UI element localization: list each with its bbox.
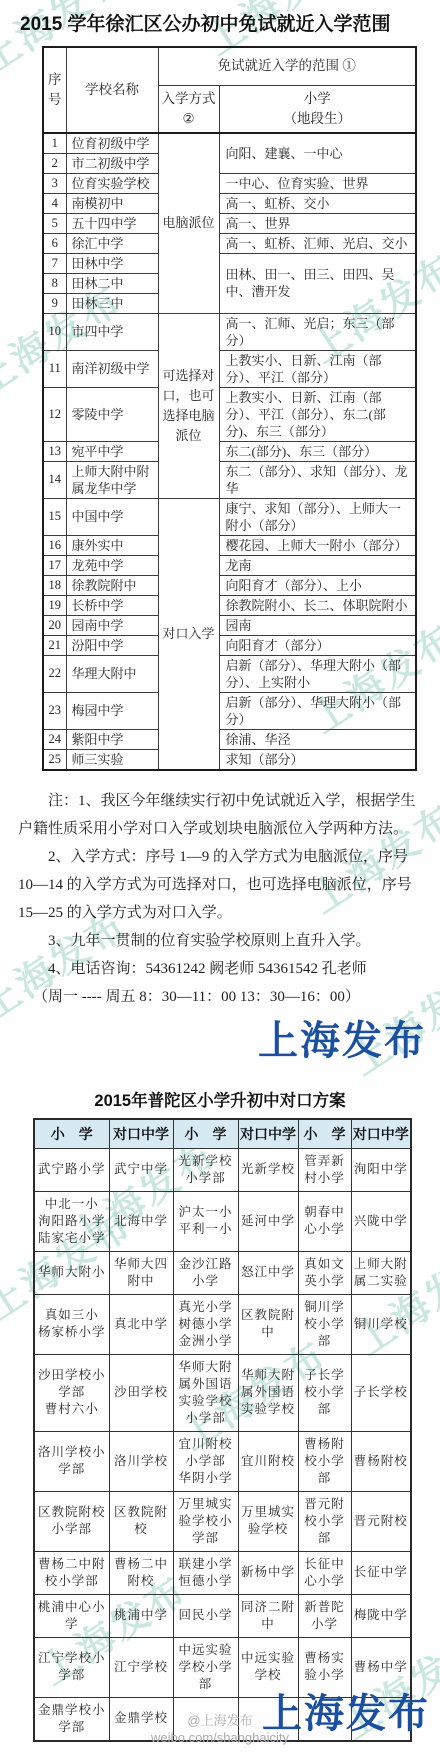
table-row: 1 位育初级中学 电脑派位 向阳、建襄、一中心: [43, 133, 416, 154]
table-row: 曹杨二中附校小学部 曹杨二中附校 联建小学 恒德小学 新杨中学 长征中心小学 长…: [34, 1551, 411, 1594]
col-header-primary-school: 小 学: [298, 1119, 351, 1149]
school-cell: 田林中学: [66, 253, 158, 273]
primary-schools-cell: 樱花园、上师大一附小（部分）: [219, 535, 416, 555]
serial-cell: 10: [43, 313, 66, 350]
col-header-serial: 序号: [43, 47, 66, 133]
primary-schools-cell: 上教实小、日新、江南（部分）、平江（部分）、东二(部分)、东三（部分）: [219, 387, 416, 441]
school-cell: 龙苑中学: [66, 555, 158, 575]
serial-cell: 1: [43, 133, 66, 154]
middle-school-cell: 新杨中学: [238, 1551, 298, 1594]
primary-school-cell: 长征中心小学: [298, 1551, 351, 1594]
primary-schools-cell: 高一、汇师、光启；东三（部分）: [219, 313, 416, 350]
school-cell: 位育实验学校: [66, 173, 158, 193]
middle-school-cell: 洛川学校: [109, 1431, 173, 1491]
primary-school-cell: 桃浦中心小学: [34, 1594, 109, 1637]
table-row: 洛川学校小学部 洛川学校 宜川附校小学部 华阴小学 宜川附校 曹杨附校小学部 曹…: [34, 1431, 411, 1491]
serial-cell: 3: [43, 173, 66, 193]
table-row: 11 南洋初级中学 上教实小、日新、江南（部分）、平江（部分）: [43, 350, 416, 387]
primary-schools-cell: 向阳育才（部分）: [219, 635, 416, 655]
middle-school-cell: 曹杨二中附校: [109, 1551, 173, 1594]
middle-school-cell: 延河中学: [238, 1191, 298, 1251]
weibo-document-image: 上海发布 上海发布 上海发布 上海发布 上海发布 上海发布 上海发布 上海发布 …: [0, 0, 440, 1753]
middle-school-cell: 同济二附中: [238, 1594, 298, 1637]
school-cell: 田林二中: [66, 273, 158, 293]
table-row: 16 康外实中 樱花园、上师大一附小（部分）: [43, 535, 416, 555]
serial-cell: 5: [43, 213, 66, 233]
table-row: 桃浦中心小学 桃浦中学 回民小学 同济二附中 新普陀小学 梅陇中学: [34, 1594, 411, 1637]
primary-school-cell: 铜川学校小学部: [298, 1294, 351, 1354]
serial-cell: 21: [43, 635, 66, 655]
school-cell: 紫阳中学: [66, 729, 158, 749]
primary-school-cell: 沪太一小 平利一小: [173, 1191, 238, 1251]
table-row: 6 徐汇中学 高一、虹桥、汇师、光启、交小: [43, 233, 416, 253]
table-row: 真如三小 杨家桥小学 真北中学 真光小学 树德小学 金洲小学 区教院附中 铜川学…: [34, 1294, 411, 1354]
school-cell: 南洋初级中学: [66, 350, 158, 387]
primary-school-cell: 真如三小 杨家桥小学: [34, 1294, 109, 1354]
primary-schools-cell: 一中心、位育实验、世界: [219, 173, 416, 193]
primary-school-cell: 管弄新村小学: [298, 1148, 351, 1191]
middle-school-cell: 晋元附校: [351, 1491, 411, 1551]
primary-school-cell: 区教院附校小学部: [34, 1491, 109, 1551]
table-row: 20 园南中学 园南: [43, 615, 416, 635]
serial-cell: 7: [43, 253, 66, 273]
note-line: 注：1、我区今年继续实行初中免试就近入学，根据学生户籍性质采用小学对口入学或划块…: [18, 787, 426, 843]
serial-cell: 2: [43, 153, 66, 173]
middle-school-cell: 光新学校: [238, 1148, 298, 1191]
middle-school-cell: 真北中学: [109, 1294, 173, 1354]
table-row: 12 零陵中学 上教实小、日新、江南（部分）、平江（部分）、东二(部分)、东三（…: [43, 387, 416, 441]
primary-school-cell: 子长学校小学部: [298, 1354, 351, 1431]
table-row: 25 师三实验 求知（部分）: [43, 749, 416, 770]
table-row: 22 华理大附中 启新（部分）、华理大附小（部分）、上实附小: [43, 655, 416, 692]
col-header-school: 学校名称: [66, 47, 158, 133]
shanghai-fabu-logo: 上海发布: [262, 1692, 430, 1736]
col-header-middle-school: 对口中学: [351, 1119, 411, 1149]
primary-school-cell: 武宁路小学: [34, 1148, 109, 1191]
serial-cell: 19: [43, 595, 66, 615]
middle-school-cell: 华师大附属外国语实验学校: [238, 1354, 298, 1431]
table-row: 区教院附校小学部 区教院附校 万里城实验学校小学部 万里城实验学校 晋元附校小学…: [34, 1491, 411, 1551]
middle-school-cell: 万里城实验学校: [238, 1491, 298, 1551]
school-cell: 汾阳中学: [66, 635, 158, 655]
school-cell: 市二初级中学: [66, 153, 158, 173]
col-header-primary: 小学 （地段生）: [219, 85, 416, 133]
school-cell: 田林三中: [66, 293, 158, 313]
school-cell: 五十四中学: [66, 213, 158, 233]
middle-school-cell: 中远实验学校: [238, 1637, 298, 1697]
primary-school-cell: 华师大附属外国语实验学校小学部: [173, 1354, 238, 1431]
primary-schools-cell: 向阳、建襄、一中心: [219, 133, 416, 174]
primary-schools-cell: 园南: [219, 615, 416, 635]
table-row: 23 梅园中学 启新（部分）、华理大附小（部分）: [43, 692, 416, 729]
middle-school-cell: 洵阳中学: [351, 1148, 411, 1191]
primary-school-cell: 新普陀小学: [298, 1594, 351, 1637]
shanghai-fabu-logo: 上海发布: [0, 1019, 440, 1063]
table-row: 3 位育实验学校 一中心、位育实验、世界: [43, 173, 416, 193]
middle-school-cell: 区教院附校: [109, 1491, 173, 1551]
school-cell: 师三实验: [66, 749, 158, 770]
table-row: 15 中国中学 对口入学 康宁、求知（部分）、上师大一附小（部分）: [43, 498, 416, 535]
table-row: 沙田学校小学部 曹村六小 沙田学校 华师大附属外国语实验学校小学部 华师大附属外…: [34, 1354, 411, 1431]
serial-cell: 23: [43, 692, 66, 729]
serial-cell: 18: [43, 575, 66, 595]
serial-cell: 13: [43, 441, 66, 461]
table-row: 17 龙苑中学 龙南: [43, 555, 416, 575]
table-header-row: 序号 学校名称 免试就近入学的范围 ①: [43, 47, 416, 85]
middle-school-cell: 曹杨中学: [351, 1637, 411, 1697]
xuhui-table-title: 2015 学年徐汇区公办初中免试就近入学范围: [20, 9, 430, 36]
middle-school-cell: 区教院附中: [238, 1294, 298, 1354]
primary-schools-cell: 高一、虹桥、汇师、光启、交小: [219, 233, 416, 253]
middle-school-cell: 桃浦中学: [109, 1594, 173, 1637]
primary-school-cell: 曹杨附校小学部: [298, 1431, 351, 1491]
table-header-row: 小 学 对口中学 小 学 对口中学 小 学 对口中学: [34, 1119, 411, 1149]
serial-cell: 11: [43, 350, 66, 387]
primary-school-cell: 曹杨二中附校小学部: [34, 1551, 109, 1594]
middle-school-cell: 怒江中学: [238, 1251, 298, 1294]
table-row: 14 上师大附中附属龙华中学 东二（部分）、求知（部分）、龙华: [43, 461, 416, 498]
col-header-middle-school: 对口中学: [238, 1119, 298, 1149]
primary-school-cell: 沙田学校小学部 曹村六小: [34, 1354, 109, 1431]
primary-schools-cell: 东二(部分)、东三（部分）: [219, 441, 416, 461]
middle-school-cell: 曹杨附校: [351, 1431, 411, 1491]
primary-school-cell: 江宁学校小学部: [34, 1637, 109, 1697]
note-line: 4、电话咨询：54361242 阙老师 54361542 孔老师: [18, 955, 426, 983]
school-cell: 南模初中: [66, 193, 158, 213]
school-cell: 徐汇中学: [66, 233, 158, 253]
note-line: 2、入学方式：序号 1—9 的入学方式为电脑派位，序号 10—14 的入学方式为…: [18, 843, 426, 927]
col-header-middle-school: 对口中学: [109, 1119, 173, 1149]
middle-school-cell: 沙田学校: [109, 1354, 173, 1431]
middle-school-cell: 上师大附属二实验: [351, 1251, 411, 1294]
primary-school-cell: 华师大附小: [34, 1251, 109, 1294]
primary-school-cell: 中远实验学校小学部: [173, 1637, 238, 1697]
school-cell: 上师大附中附属龙华中学: [66, 461, 158, 498]
table-row: 华师大附小 华师大四附中 金沙江路小学 怒江中学 真如文英小学 上师大附属二实验: [34, 1251, 411, 1294]
primary-school-cell: 朝春中心小学: [298, 1191, 351, 1251]
middle-school-cell: 武宁中学: [109, 1148, 173, 1191]
col-header-method: 入学方式 ②: [158, 85, 219, 133]
school-cell: 零陵中学: [66, 387, 158, 441]
serial-cell: 6: [43, 233, 66, 253]
primary-schools-cell: 高一、世界: [219, 213, 416, 233]
primary-schools-cell: 东二（部分）、求知（部分）、龙华: [219, 461, 416, 498]
method-cell: 对口入学: [158, 498, 219, 770]
middle-school-cell: 华师大四附中: [109, 1251, 173, 1294]
table-row: 4 南模初中 高一、虹桥、交小: [43, 193, 416, 213]
primary-school-cell: 联建小学 恒德小学: [173, 1551, 238, 1594]
table-row: 江宁学校小学部 江宁学校 中远实验学校小学部 中远实验学校 曹杨实验小学 曹杨中…: [34, 1637, 411, 1697]
primary-schools-cell: 高一、虹桥、交小: [219, 193, 416, 213]
middle-school-cell: 子长学校: [351, 1354, 411, 1431]
primary-school-cell: 中北一小 洵阳路小学 陆家宅小学: [34, 1191, 109, 1251]
note-line: 3、九年一贯制的位育实验学校原则上直升入学。: [18, 927, 426, 955]
middle-school-cell: 北海中学: [109, 1191, 173, 1251]
notes-section: 注：1、我区今年继续实行初中免试就近入学，根据学生户籍性质采用小学对口入学或划块…: [18, 787, 426, 1011]
school-cell: 徐教院附中: [66, 575, 158, 595]
middle-school-cell: 梅陇中学: [351, 1594, 411, 1637]
school-cell: 康外实中: [66, 535, 158, 555]
primary-schools-cell: 徐教院附小、长二、体职院附小: [219, 595, 416, 615]
table-row: 10 市四中学 可选择对口，也可选择电脑派位 高一、汇师、光启；东三（部分）: [43, 313, 416, 350]
primary-schools-cell: 龙南: [219, 555, 416, 575]
table-row: 24 紫阳中学 徐浦、华泾: [43, 729, 416, 749]
primary-school-cell: 金沙江路小学: [173, 1251, 238, 1294]
school-cell: 华理大附中: [66, 655, 158, 692]
xuhui-admission-table: 序号 学校名称 免试就近入学的范围 ① 入学方式 ② 小学 （地段生） 1 位育…: [42, 46, 417, 771]
serial-cell: 17: [43, 555, 66, 575]
middle-school-cell: 宜川附校: [238, 1431, 298, 1491]
serial-cell: 24: [43, 729, 66, 749]
primary-schools-cell: 向阳育才（部分）、上小: [219, 575, 416, 595]
serial-cell: 12: [43, 387, 66, 441]
serial-cell: 25: [43, 749, 66, 770]
table-row: 19 长桥中学 徐教院附小、长二、体职院附小: [43, 595, 416, 615]
serial-cell: 14: [43, 461, 66, 498]
primary-school-cell: 光新学校小学部: [173, 1148, 238, 1191]
table-row: 18 徐教院附中 向阳育才（部分）、上小: [43, 575, 416, 595]
table-row: 5 五十四中学 高一、世界: [43, 213, 416, 233]
serial-cell: 15: [43, 498, 66, 535]
primary-school-cell: 洛川学校小学部: [34, 1431, 109, 1491]
putuo-table-title: 2015年普陀区小学升初中对口方案: [0, 1087, 440, 1111]
school-cell: 园南中学: [66, 615, 158, 635]
primary-schools-cell: 徐浦、华泾: [219, 729, 416, 749]
primary-schools-cell: 求知（部分）: [219, 749, 416, 770]
method-cell: 可选择对口，也可选择电脑派位: [158, 313, 219, 498]
primary-schools-cell: 康宁、求知（部分）、上师大一附小（部分）: [219, 498, 416, 535]
middle-school-cell: 江宁学校: [109, 1637, 173, 1697]
serial-cell: 22: [43, 655, 66, 692]
table-row: 13 宛平中学 东二(部分)、东三（部分）: [43, 441, 416, 461]
school-cell: 位育初级中学: [66, 133, 158, 154]
primary-schools-cell: 上教实小、日新、江南（部分）、平江（部分）: [219, 350, 416, 387]
note-line: （周一 ---- 周五 8：30—11：00 13：30—16：00）: [18, 983, 426, 1011]
school-cell: 梅园中学: [66, 692, 158, 729]
school-cell: 市四中学: [66, 313, 158, 350]
primary-school-cell: 宜川附校小学部 华阴小学: [173, 1431, 238, 1491]
serial-cell: 9: [43, 293, 66, 313]
col-header-primary-school: 小 学: [173, 1119, 238, 1149]
primary-school-cell: 晋元附校小学部: [298, 1491, 351, 1551]
primary-school-cell: 真如文英小学: [298, 1251, 351, 1294]
primary-school-cell: 真光小学 树德小学 金洲小学: [173, 1294, 238, 1354]
primary-school-cell: 万里城实验学校小学部: [173, 1491, 238, 1551]
middle-school-cell: 兴陇中学: [351, 1191, 411, 1251]
primary-schools-cell: 田林、田一、田三、田四、吴中、漕开发: [219, 253, 416, 313]
primary-school-cell: 回民小学: [173, 1594, 238, 1637]
serial-cell: 8: [43, 273, 66, 293]
middle-school-cell: 长征中学: [351, 1551, 411, 1594]
table-row: 武宁路小学 武宁中学 光新学校小学部 光新学校 管弄新村小学 洵阳中学: [34, 1148, 411, 1191]
table-row: 中北一小 洵阳路小学 陆家宅小学 北海中学 沪太一小 平利一小 延河中学 朝春中…: [34, 1191, 411, 1251]
table-row: 7 田林中学 田林、田一、田三、田四、吴中、漕开发: [43, 253, 416, 273]
primary-schools-cell: 启新（部分）、华理大附小（部分）、上实附小: [219, 655, 416, 692]
primary-school-cell: 曹杨实验小学: [298, 1637, 351, 1697]
primary-schools-cell: 启新（部分）、华理大附小（部分）: [219, 692, 416, 729]
putuo-mapping-table: 小 学 对口中学 小 学 对口中学 小 学 对口中学 武宁路小学 武宁中学 光新…: [33, 1118, 412, 1742]
serial-cell: 16: [43, 535, 66, 555]
method-cell: 电脑派位: [158, 133, 219, 314]
table-row: 21 汾阳中学 向阳育才（部分）: [43, 635, 416, 655]
school-cell: 中国中学: [66, 498, 158, 535]
serial-cell: 4: [43, 193, 66, 213]
col-header-primary-school: 小 学: [34, 1119, 109, 1149]
school-cell: 宛平中学: [66, 441, 158, 461]
school-cell: 长桥中学: [66, 595, 158, 615]
serial-cell: 20: [43, 615, 66, 635]
middle-school-cell: 铜川学校: [351, 1294, 411, 1354]
col-header-scope: 免试就近入学的范围 ①: [158, 47, 416, 85]
